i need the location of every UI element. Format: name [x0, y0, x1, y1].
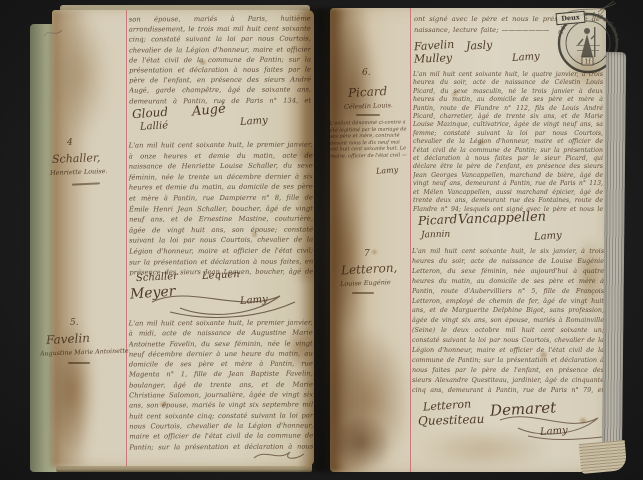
stamp-denomination-label: Deux	[556, 11, 586, 25]
margin-rule-left-page	[126, 10, 127, 466]
act-7-text: L'an mil huit cent soixante huit, le six…	[412, 247, 604, 396]
signature-jasly: Jasly	[466, 38, 493, 52]
register-photo: son épouse, mariés à Paris, huitième arr…	[0, 0, 643, 480]
signature-vancappellen: Vancappellen	[458, 209, 547, 227]
margin-entry-4-surname: Schaller,	[52, 151, 101, 166]
foxing-spot	[160, 402, 167, 407]
foxing-spot	[252, 232, 257, 237]
signature-mulley: Mulley	[414, 51, 453, 65]
signature-lallie: Lallié	[140, 120, 169, 132]
signature-jannin: Jannin	[421, 229, 451, 240]
act-6-text: L'an mil huit cent soixante huit, le qua…	[413, 71, 603, 214]
margin-entry-6-given-names: Célestin Louis.	[344, 101, 393, 111]
signature-picard: Picard	[418, 212, 458, 228]
margin-entry-7-surname: Letteron,	[341, 261, 398, 278]
pencil-mark	[42, 26, 64, 40]
foxing-spot	[372, 250, 377, 254]
margin-entry-5-number: 5.	[70, 318, 79, 328]
margin-entry-6-underline	[356, 114, 380, 116]
margin-entry-5-underline	[68, 362, 90, 364]
margin-entry-5-surname: Favelin	[46, 331, 91, 347]
margin-entry-7-underline	[352, 292, 374, 294]
signature-lamy-3: Lamy	[512, 51, 540, 64]
act-continuation-text: son épouse, mariés à Paris, huitième arr…	[129, 14, 311, 107]
signature-auge: Augé	[191, 102, 226, 120]
signature-lamy-4: Lamy	[534, 230, 562, 243]
foxing-spot	[580, 418, 586, 423]
signature-schaller: Schaller	[136, 271, 178, 284]
margin-entry-6-number: 6.	[362, 68, 371, 78]
signature-lequen: Lequen	[202, 269, 240, 282]
signature-gloud: Gloud	[132, 105, 169, 121]
signature-lamy-1: Lamy	[240, 115, 268, 128]
act-5-flourish	[252, 446, 306, 464]
stamp-value: 1f	[584, 59, 591, 66]
foxing-spot	[540, 352, 547, 358]
marginal-note-legitimation: L'enfant dénommé ci-contre a été légitim…	[330, 119, 409, 170]
signature-flourish-meyer	[150, 288, 300, 318]
foxing-spot	[478, 140, 484, 145]
margin-entry-6-surname: Picard	[348, 84, 388, 100]
margin-entry-7-number: 7	[364, 249, 370, 259]
margin-rule-right-page	[410, 8, 411, 472]
foxing-spot	[200, 60, 206, 65]
signature-questiteau: Questiteau	[418, 412, 485, 428]
margin-entry-4-number: 4	[67, 138, 73, 148]
foxing-spot	[452, 92, 457, 96]
page-stack-fore-edge	[602, 52, 626, 470]
act-5-text: L'an mil huit cent soixante huit, le pre…	[129, 318, 314, 453]
act-4-text: L'an mil huit cent soixante huit, le pre…	[129, 140, 314, 279]
marginal-note-signature-lamy: Lamy	[376, 165, 399, 176]
